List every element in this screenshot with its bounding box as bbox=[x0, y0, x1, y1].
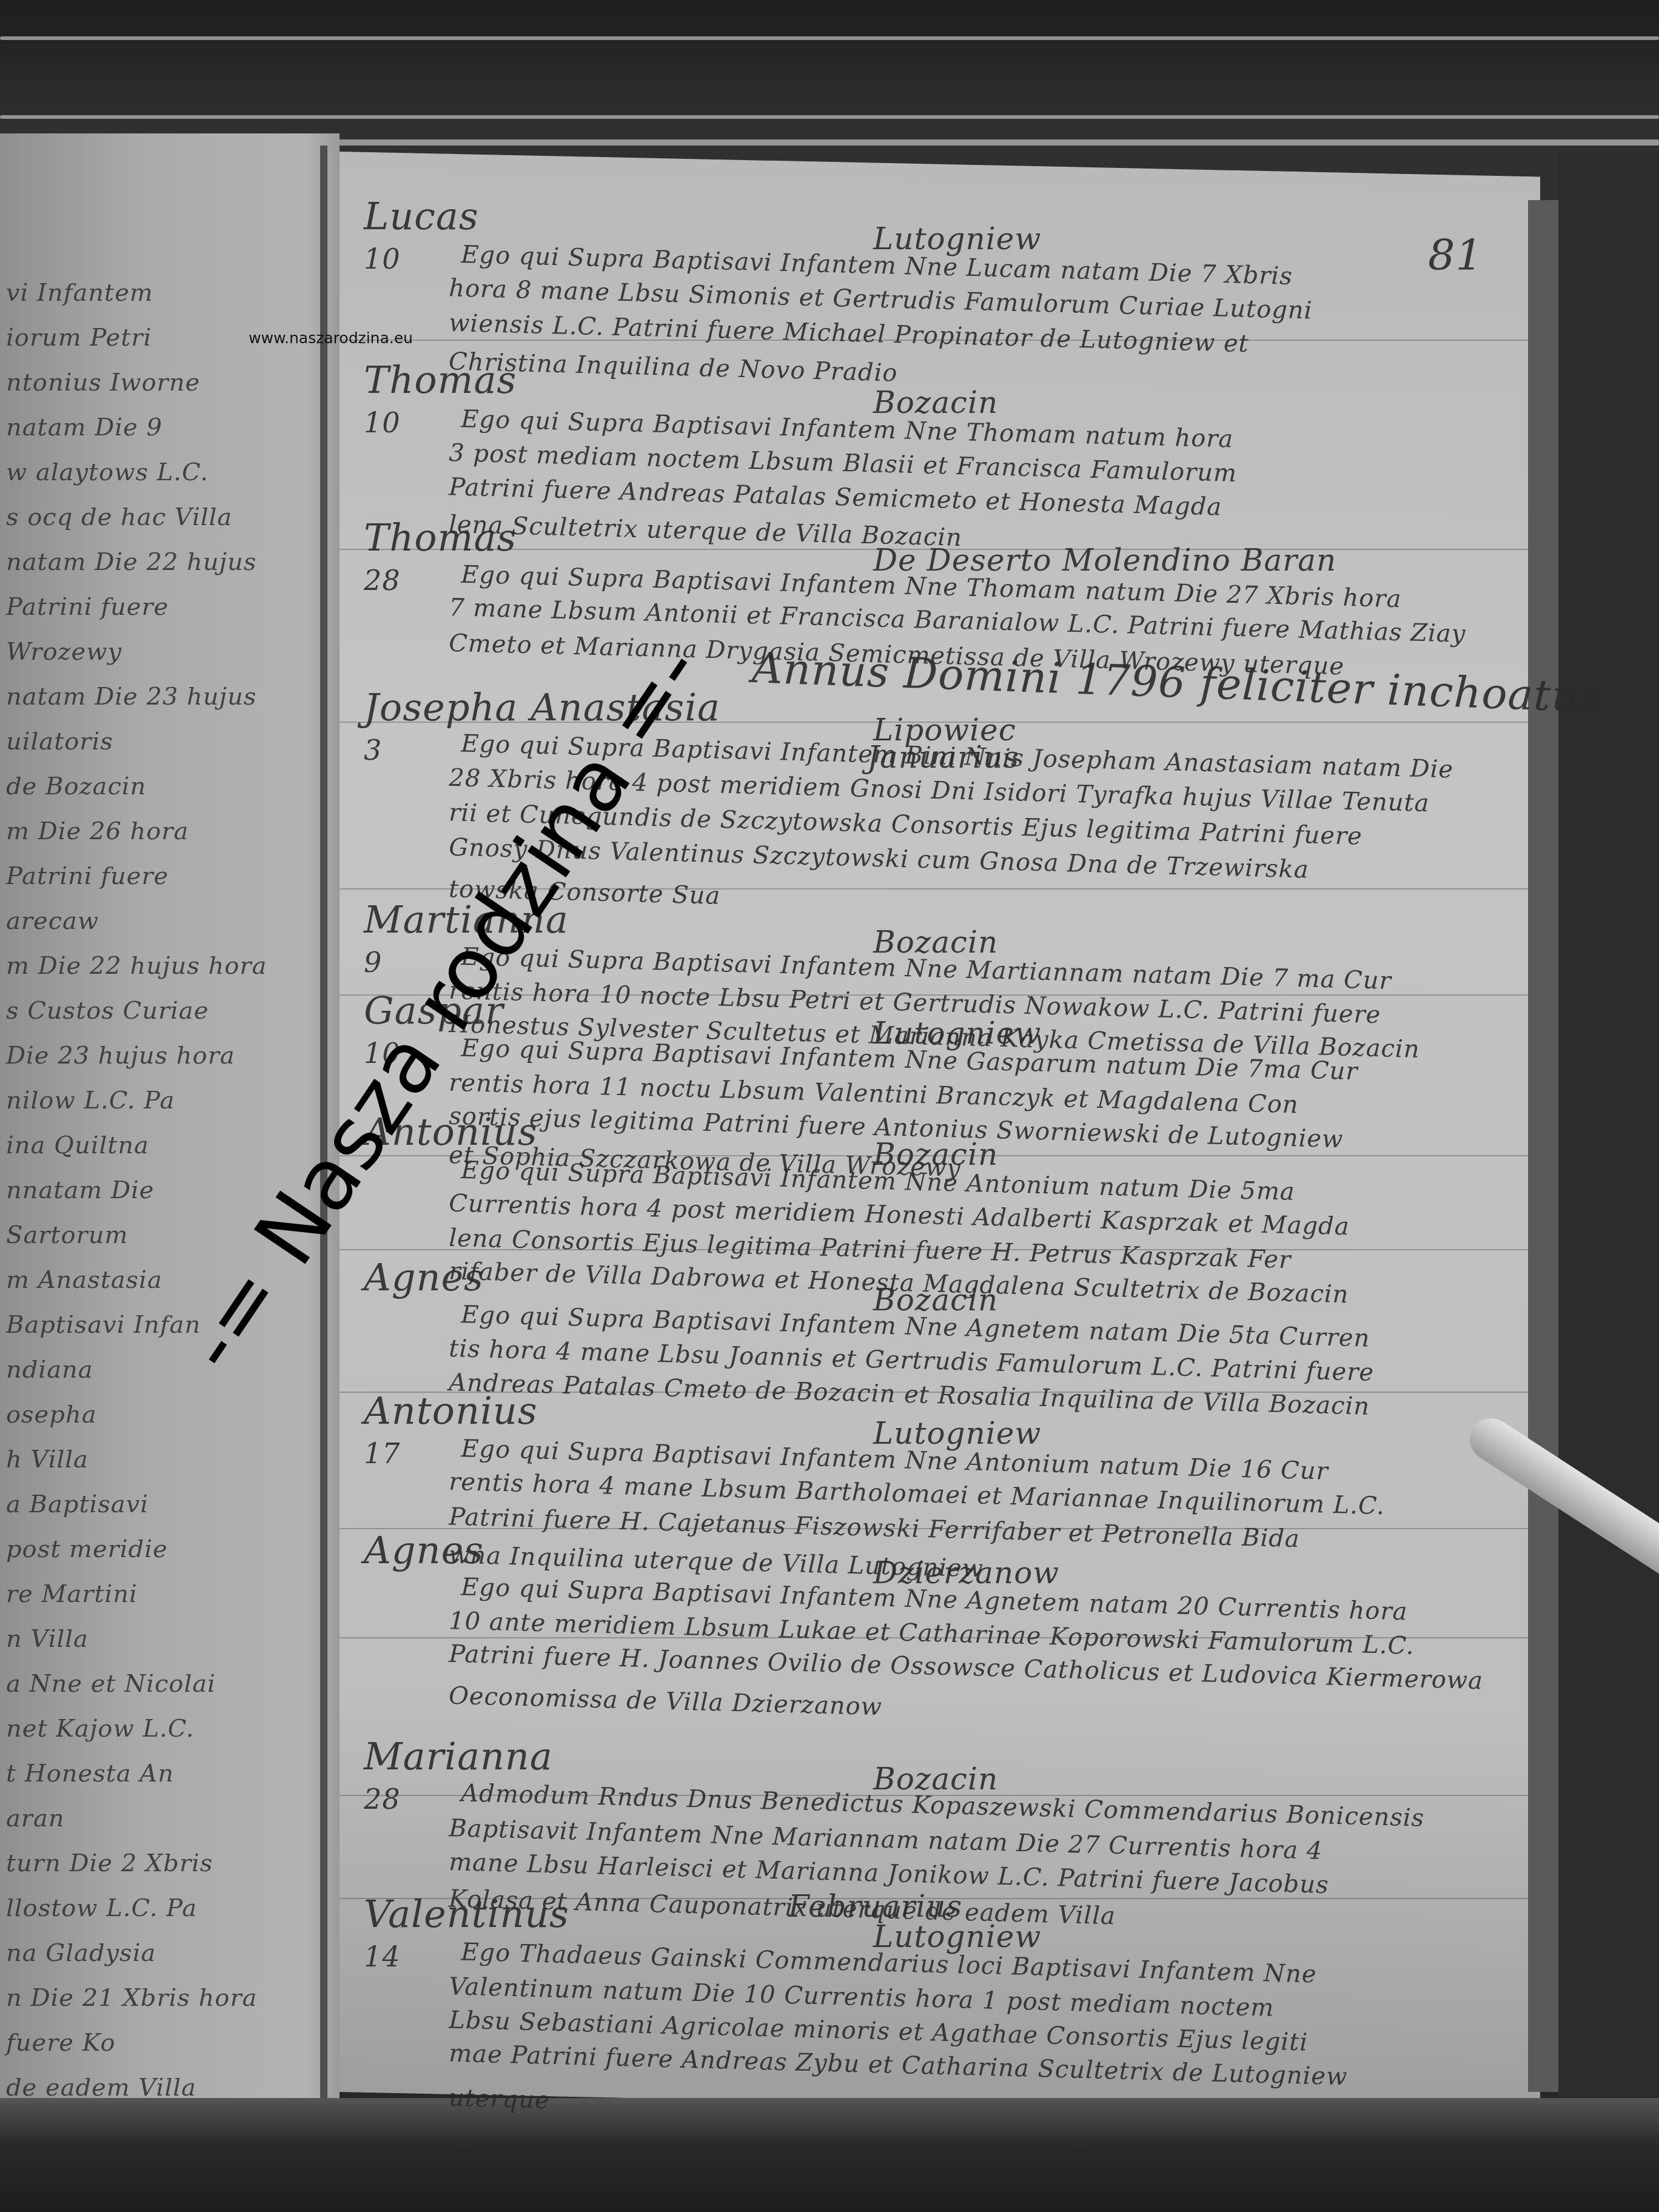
entry-day: 17 bbox=[364, 1437, 401, 1470]
left-page-line: nilow L.C. Pa bbox=[6, 1087, 175, 1114]
left-page-line: ndiana bbox=[6, 1356, 93, 1384]
entry-name: Thomas bbox=[364, 515, 517, 560]
right-page-edge bbox=[1528, 200, 1558, 2092]
left-page-line: osepha bbox=[6, 1401, 97, 1429]
entry-village: De Deserto Molendino Baran bbox=[873, 543, 1336, 578]
left-page-line: Wrozewy bbox=[6, 638, 122, 666]
left-page-line: natam Die 9 bbox=[6, 414, 163, 441]
left-page-line: Patrini fuere bbox=[6, 862, 169, 890]
left-page-line: Sartorum bbox=[6, 1221, 128, 1249]
left-page-line: m Die 26 hora bbox=[6, 817, 189, 845]
entry-text-line: uterque bbox=[448, 2084, 550, 2114]
entry-day: 9 bbox=[364, 946, 382, 979]
left-page-line: t Honesta An bbox=[6, 1760, 174, 1788]
left-page-line: a Nne et Nicolai bbox=[6, 1670, 216, 1698]
entry-village: Lutogniew bbox=[873, 221, 1041, 256]
left-page-line: de eadem Villa bbox=[6, 2074, 196, 2102]
entry-name: Thomas bbox=[364, 358, 517, 402]
left-page-line: w alaytows L.C. bbox=[6, 458, 209, 486]
left-page-line: de Bozacin bbox=[6, 773, 146, 800]
left-page-line: iorum Petri bbox=[6, 324, 152, 352]
entry-day: 10 bbox=[364, 406, 401, 439]
left-page-line: post meridie bbox=[6, 1535, 168, 1563]
left-page-line: m Die 22 hujus hora bbox=[6, 952, 267, 980]
left-page-line: Patrini fuere bbox=[6, 593, 169, 621]
entry-day: 28 bbox=[364, 564, 401, 597]
left-page-line: re Martini bbox=[6, 1580, 138, 1608]
entry-name: Marianna bbox=[364, 1734, 553, 1778]
entry-day: 14 bbox=[364, 1940, 401, 1973]
entry-name: Agnes bbox=[364, 1255, 484, 1299]
left-page-line: arecaw bbox=[6, 907, 99, 935]
left-page-line: natam Die 22 hujus bbox=[6, 548, 256, 576]
left-page-line: ntonius Iworne bbox=[6, 369, 200, 397]
entry-village: Bozacin bbox=[873, 1137, 998, 1172]
left-page-line: ina Quiltna bbox=[6, 1131, 149, 1159]
entry-day: 3 bbox=[364, 734, 382, 766]
glare-streak bbox=[0, 115, 1659, 119]
left-page-line: n Villa bbox=[6, 1625, 89, 1653]
left-page-line: natam Die 23 hujus bbox=[6, 683, 256, 711]
left-page-line: n Die 21 Xbris hora bbox=[6, 1984, 257, 2012]
left-page-line: nnatam Die bbox=[6, 1176, 154, 1204]
left-page-line: m Anastasia bbox=[6, 1266, 163, 1294]
dark-margin bbox=[1558, 152, 1659, 2212]
left-page-line: Die 23 hujus hora bbox=[6, 1042, 235, 1070]
entry-name: Agnes bbox=[364, 1528, 484, 1572]
entry-name: Lucas bbox=[364, 194, 479, 238]
left-page-line: aran bbox=[6, 1805, 65, 1832]
glare-streak bbox=[0, 36, 1659, 40]
entry-village: Lutogniew bbox=[873, 1919, 1041, 1954]
left-page-line: na Gladysia bbox=[6, 1939, 156, 1967]
left-page-line: uilatoris bbox=[6, 728, 113, 756]
bottom-shadow bbox=[0, 2098, 1659, 2212]
site-url: www.naszarodzina.eu bbox=[249, 329, 413, 347]
left-page-line: h Villa bbox=[6, 1446, 89, 1473]
left-page-line: net Kajow L.C. bbox=[6, 1715, 195, 1743]
left-page-line: s ocq de hac Villa bbox=[6, 503, 232, 531]
left-page-line: fuere Ko bbox=[6, 2029, 116, 2057]
entry-day: 10 bbox=[364, 243, 401, 275]
page-number: 81 bbox=[1428, 230, 1483, 280]
left-page-line: vi Infantem bbox=[6, 279, 153, 307]
entry-name: Valentinus bbox=[364, 1892, 569, 1936]
left-page-line: turn Die 2 Xbris bbox=[6, 1849, 213, 1877]
entry-day: 28 bbox=[364, 1783, 401, 1815]
left-page-line: s Custos Curiae bbox=[6, 997, 209, 1025]
left-page-line: a Baptisavi bbox=[6, 1490, 149, 1518]
entry-village: Bozacin bbox=[873, 385, 998, 420]
entry-name: Antonius bbox=[364, 1389, 537, 1433]
left-page-line: llostow L.C. Pa bbox=[6, 1894, 197, 1922]
